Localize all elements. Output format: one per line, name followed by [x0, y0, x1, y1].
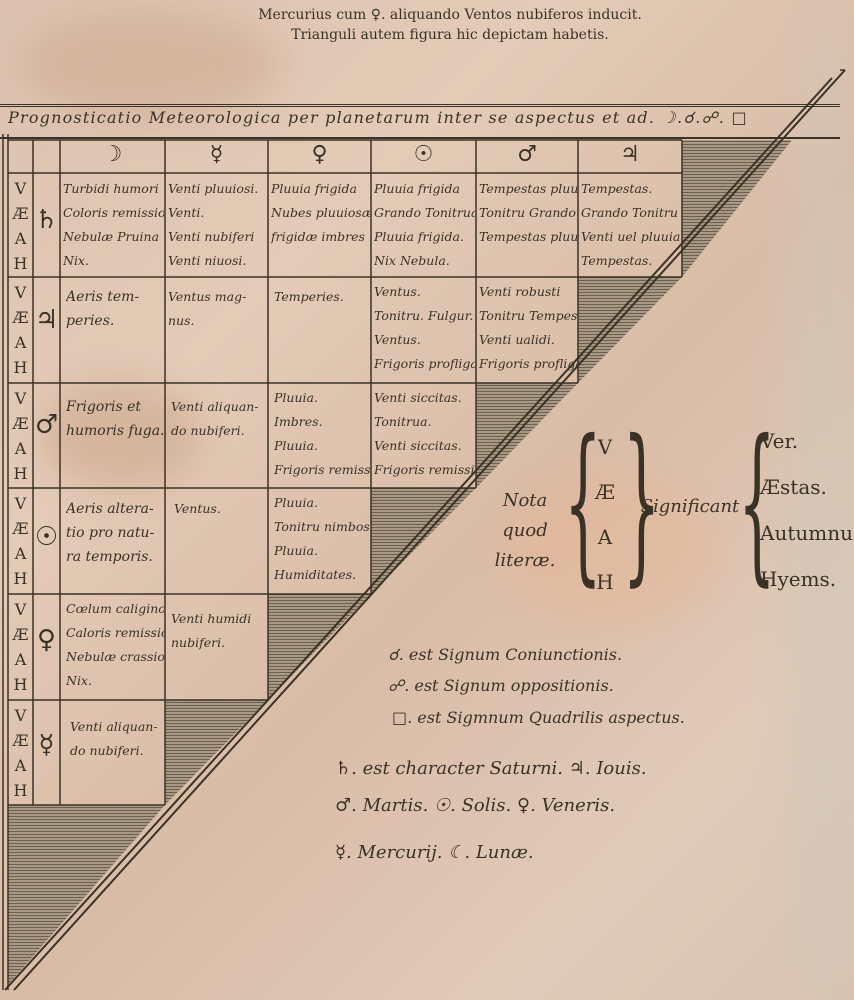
- season-letter-a: A: [8, 753, 33, 778]
- header-venus-icon: ♀: [268, 142, 371, 167]
- season-letter-h: H: [8, 251, 33, 276]
- cell-text: Pluuia frigidaNubes pluuiosæfrigidæ imbr…: [271, 177, 370, 249]
- cell-text: Tempestas pluuiaTonitru Grando.Tempestas…: [479, 177, 577, 249]
- cell-text: Frigoris ethumoris fuga.: [66, 395, 164, 443]
- season-letter-h: H: [8, 355, 33, 380]
- header-moon-icon: ☽: [60, 142, 165, 167]
- season-letter-v: V: [8, 703, 33, 728]
- square-icon: □: [392, 708, 407, 727]
- season-letter-a: A: [8, 647, 33, 672]
- season-letter-ae: Æ: [8, 622, 33, 647]
- cell-text: Tempestas.Grando TonitruVenti uel pluuia…: [581, 177, 681, 273]
- cell-text: Pluuia.Imbres.Pluuia.Frigoris remissio: [274, 386, 370, 482]
- cell-text: Ventus mag-nus.: [168, 285, 267, 333]
- cell-text: Venti humidinubiferi.: [171, 607, 267, 655]
- planet-legend-line: ☿. Mercurij. ☾. Lunæ.: [335, 842, 534, 863]
- cell-text: Venti siccitas.Tonitrua.Venti siccitas.F…: [374, 386, 475, 482]
- note-verb: Significant: [640, 492, 740, 522]
- venus-icon: ♀: [33, 625, 60, 655]
- season-letter-ae: Æ: [8, 305, 33, 330]
- season-letter-ae: Æ: [8, 411, 33, 436]
- mars-icon: ♂: [33, 410, 60, 440]
- cell-text: Ventus.: [174, 497, 267, 521]
- season-letter-v: V: [8, 280, 33, 305]
- season-letter-a: A: [8, 226, 33, 251]
- season-letter-ae: Æ: [8, 201, 33, 226]
- aspect-conjunction: ☌. est Signum Coniunctionis.: [388, 645, 622, 664]
- season-letter-h: H: [8, 461, 33, 486]
- season-letter-ae: Æ: [8, 728, 33, 753]
- cell-text: Venti pluuiosi.Venti.Venti nubiferiVenti…: [168, 177, 267, 273]
- cell-text: Turbidi humoriColoris remissioNebulæ Pru…: [63, 177, 164, 273]
- cell-text: Venti robustiTonitru TempestVenti ualidi…: [479, 280, 577, 376]
- season-letter-v: V: [8, 597, 33, 622]
- note-letters: V Æ A H: [585, 425, 625, 605]
- saturn-icon: ♄: [33, 205, 60, 235]
- cell-text: Cœlum caliginoCaloris remissioNebulæ cra…: [66, 597, 164, 693]
- header-mercury-icon: ☿: [165, 142, 268, 167]
- cell-text: Venti aliquan-do nubiferi.: [70, 715, 164, 763]
- cell-text: Pluuia.Tonitru nimbosaPluuia.Humiditates…: [274, 491, 370, 587]
- cell-text: Ventus.Tonitru. Fulgur.Ventus.Frigoris p…: [374, 280, 475, 376]
- cell-text: Aeris altera-tio pro natu-ra temporis.: [66, 497, 164, 569]
- season-letter-h: H: [8, 672, 33, 697]
- season-letter-a: A: [8, 541, 33, 566]
- header-jupiter-icon: ♃: [578, 142, 682, 167]
- aspect-opposition: ☍. est Signum oppositionis.: [388, 676, 614, 695]
- note-seasons: Ver. Æstas. Autumnus Hyems.: [760, 418, 854, 602]
- season-letter-h: H: [8, 778, 33, 803]
- cell-text: Aeris tem-peries.: [66, 285, 164, 333]
- header-mars-icon: ♂: [476, 142, 578, 167]
- cell-text: Venti aliquan-do nubiferi.: [171, 395, 267, 443]
- season-letter-v: V: [8, 491, 33, 516]
- season-letter-h: H: [8, 566, 33, 591]
- jupiter-icon: ♃: [33, 305, 60, 335]
- planet-legend-line: ♂. Martis. ☉. Solis. ♀. Veneris.: [335, 795, 615, 816]
- season-letter-ae: Æ: [8, 516, 33, 541]
- sun-icon: ☉: [33, 522, 60, 552]
- cell-text: Pluuia frigidaGrando TonitruaPluuia frig…: [374, 177, 475, 273]
- conjunction-icon: ☌: [388, 645, 399, 664]
- planet-legend-line: ♄. est character Saturni. ♃. Iouis.: [335, 758, 647, 779]
- mercury-icon: ☿: [33, 730, 60, 760]
- season-letter-a: A: [8, 436, 33, 461]
- opposition-icon: ☍: [388, 676, 404, 695]
- cell-text: Temperies.: [274, 285, 370, 309]
- season-letter-v: V: [8, 386, 33, 411]
- season-letter-v: V: [8, 176, 33, 201]
- header-sun-icon: ☉: [371, 142, 476, 167]
- note-lead: Nota quod literæ.: [485, 486, 565, 576]
- season-letter-a: A: [8, 330, 33, 355]
- aspect-quadrature: □. est Sigmnum Quadrilis aspectus.: [392, 708, 685, 727]
